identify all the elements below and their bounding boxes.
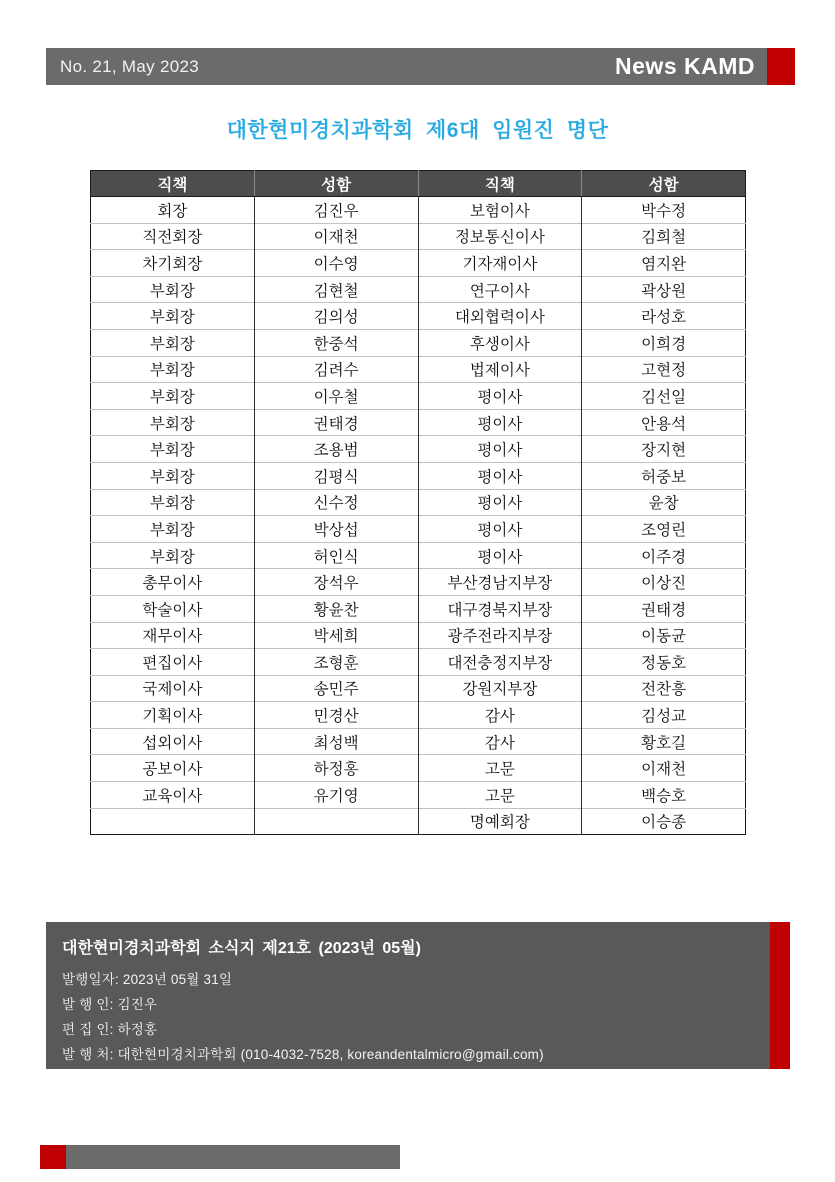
- table-cell: 평이사: [418, 516, 582, 543]
- imprint-line: 편 집 인: 하정홍: [62, 1017, 750, 1042]
- table-row: 국제이사송민주강원지부장전찬흥: [91, 675, 746, 702]
- table-cell: 섭외이사: [91, 728, 255, 755]
- table-row: 부회장김평식평이사허중보: [91, 462, 746, 489]
- table-cell: 국제이사: [91, 675, 255, 702]
- table-cell: 박세희: [254, 622, 418, 649]
- table-cell: 최성백: [254, 728, 418, 755]
- table-cell: 평이사: [418, 409, 582, 436]
- table-row: 부회장이우철평이사김선일: [91, 383, 746, 410]
- table-row: 차기회장이수영기자재이사염지완: [91, 250, 746, 277]
- table-cell: 조용범: [254, 436, 418, 463]
- table-cell: 명예회장: [418, 808, 582, 835]
- table-cell: 곽상원: [582, 276, 746, 303]
- table-cell: 조형훈: [254, 649, 418, 676]
- table-cell: 정보통신이사: [418, 223, 582, 250]
- table-cell: 부회장: [91, 276, 255, 303]
- table-cell: 평이사: [418, 462, 582, 489]
- table-row: 교육이사유기영고문백승호: [91, 782, 746, 809]
- table-cell: 부회장: [91, 383, 255, 410]
- table-cell: 이주경: [582, 542, 746, 569]
- header-red-accent: [767, 48, 795, 85]
- table-cell: 정동호: [582, 649, 746, 676]
- table-cell: 유기영: [254, 782, 418, 809]
- imprint-line: 발 행 처: 대한현미경치과학회 (010-4032-7528, koreand…: [62, 1042, 750, 1067]
- table-cell: 부산경남지부장: [418, 569, 582, 596]
- column-header: 성함: [582, 171, 746, 197]
- table-cell: 김희철: [582, 223, 746, 250]
- table-cell: 부회장: [91, 462, 255, 489]
- table-row: 섭외이사최성백감사황호길: [91, 728, 746, 755]
- table-cell: 백승호: [582, 782, 746, 809]
- table-cell: 이우철: [254, 383, 418, 410]
- table-cell: 이희경: [582, 329, 746, 356]
- table-cell: 부회장: [91, 303, 255, 330]
- table-cell: 기자재이사: [418, 250, 582, 277]
- table-cell: 이재천: [582, 755, 746, 782]
- table-cell: 부회장: [91, 409, 255, 436]
- table-cell: 권태경: [582, 595, 746, 622]
- bottom-red-accent: [40, 1145, 66, 1169]
- issue-label: No. 21, May 2023: [46, 57, 199, 77]
- table-cell: 장석우: [254, 569, 418, 596]
- table-row: 부회장김현철연구이사곽상원: [91, 276, 746, 303]
- table-row: 명예회장이승종: [91, 808, 746, 835]
- table-cell: 부회장: [91, 489, 255, 516]
- table-cell: 편집이사: [91, 649, 255, 676]
- table-header-row: 직책성함직책성함: [91, 171, 746, 197]
- table-cell: 대외협력이사: [418, 303, 582, 330]
- table-cell: 황윤찬: [254, 595, 418, 622]
- table-row: 편집이사조형훈대전충정지부장정동호: [91, 649, 746, 676]
- table-cell: [91, 808, 255, 835]
- table-cell: 법제이사: [418, 356, 582, 383]
- table-cell: 감사: [418, 702, 582, 729]
- table-cell: 송민주: [254, 675, 418, 702]
- imprint-lines: 발행일자: 2023년 05월 31일발 행 인: 김진우편 집 인: 하정홍발…: [62, 967, 750, 1067]
- table-cell: 평이사: [418, 489, 582, 516]
- table-row: 부회장허인식평이사이주경: [91, 542, 746, 569]
- table-cell: 안용석: [582, 409, 746, 436]
- table-cell: 공보이사: [91, 755, 255, 782]
- table-cell: 한중석: [254, 329, 418, 356]
- table-cell: 대구경북지부장: [418, 595, 582, 622]
- imprint-line: 발행일자: 2023년 05월 31일: [62, 967, 750, 992]
- table-row: 부회장김의성대외협력이사라성호: [91, 303, 746, 330]
- table-cell: 허인식: [254, 542, 418, 569]
- table-row: 총무이사장석우부산경남지부장이상진: [91, 569, 746, 596]
- table-row: 부회장신수정평이사윤창: [91, 489, 746, 516]
- table-cell: 교육이사: [91, 782, 255, 809]
- table-cell: 이승종: [582, 808, 746, 835]
- table-cell: 박수정: [582, 197, 746, 224]
- table-cell: 신수정: [254, 489, 418, 516]
- imprint-content: 대한현미경치과학회 소식지 제21호 (2023년 05월) 발행일자: 202…: [46, 922, 790, 1067]
- table-row: 회장김진우보험이사박수정: [91, 197, 746, 224]
- column-header: 직책: [91, 171, 255, 197]
- table-cell: 김려수: [254, 356, 418, 383]
- table-cell: 고문: [418, 755, 582, 782]
- imprint-title: 대한현미경치과학회 소식지 제21호 (2023년 05월): [62, 935, 750, 958]
- table-cell: 후생이사: [418, 329, 582, 356]
- table-cell: 이재천: [254, 223, 418, 250]
- imprint-red-strip: [770, 922, 790, 1069]
- table-cell: 연구이사: [418, 276, 582, 303]
- table-cell: 부회장: [91, 436, 255, 463]
- table-cell: 허중보: [582, 462, 746, 489]
- table-cell: 직전회장: [91, 223, 255, 250]
- table-cell: 민경산: [254, 702, 418, 729]
- table-cell: 고현정: [582, 356, 746, 383]
- table-cell: 염지완: [582, 250, 746, 277]
- table-cell: 총무이사: [91, 569, 255, 596]
- table-cell: 김진우: [254, 197, 418, 224]
- column-header: 직책: [418, 171, 582, 197]
- table-cell: 황호길: [582, 728, 746, 755]
- table-cell: 장지현: [582, 436, 746, 463]
- table-cell: 회장: [91, 197, 255, 224]
- table-cell: 부회장: [91, 329, 255, 356]
- table-cell: 이동균: [582, 622, 746, 649]
- table-cell: 부회장: [91, 542, 255, 569]
- table-cell: 김선일: [582, 383, 746, 410]
- table-row: 학술이사황윤찬대구경북지부장권태경: [91, 595, 746, 622]
- table-row: 직전회장이재천정보통신이사김희철: [91, 223, 746, 250]
- table-row: 부회장권태경평이사안용석: [91, 409, 746, 436]
- column-header: 성함: [254, 171, 418, 197]
- table-cell: 기획이사: [91, 702, 255, 729]
- table-cell: 김의성: [254, 303, 418, 330]
- table-cell: 라성호: [582, 303, 746, 330]
- table-row: 부회장박상섭평이사조영린: [91, 516, 746, 543]
- table-cell: 대전충정지부장: [418, 649, 582, 676]
- bottom-gray-bar: [66, 1145, 400, 1169]
- table-cell: 부회장: [91, 356, 255, 383]
- officer-roster-table: 직책성함직책성함 회장김진우보험이사박수정직전회장이재천정보통신이사김희철차기회…: [90, 170, 746, 835]
- table-cell: 김현철: [254, 276, 418, 303]
- table-cell: 보험이사: [418, 197, 582, 224]
- table-cell: 김평식: [254, 462, 418, 489]
- table-cell: 학술이사: [91, 595, 255, 622]
- table-cell: 윤창: [582, 489, 746, 516]
- table-row: 부회장김려수법제이사고현정: [91, 356, 746, 383]
- table-cell: 권태경: [254, 409, 418, 436]
- table-cell: 평이사: [418, 542, 582, 569]
- table-cell: 평이사: [418, 436, 582, 463]
- table-cell: 박상섭: [254, 516, 418, 543]
- table-cell: 전찬흥: [582, 675, 746, 702]
- table-cell: 이수영: [254, 250, 418, 277]
- table-cell: 평이사: [418, 383, 582, 410]
- table-cell: 강원지부장: [418, 675, 582, 702]
- table-cell: 재무이사: [91, 622, 255, 649]
- table-cell: 고문: [418, 782, 582, 809]
- newsletter-brand: News KAMD: [615, 53, 767, 80]
- page-title: 대한현미경치과학회 제6대 임원진 명단: [0, 114, 835, 144]
- table-row: 부회장조용범평이사장지현: [91, 436, 746, 463]
- table-cell: 하정홍: [254, 755, 418, 782]
- officer-table-head: 직책성함직책성함: [91, 171, 746, 197]
- imprint-box: 대한현미경치과학회 소식지 제21호 (2023년 05월) 발행일자: 202…: [46, 922, 790, 1069]
- table-cell: 차기회장: [91, 250, 255, 277]
- newsletter-header-bar: No. 21, May 2023 News KAMD: [46, 48, 795, 85]
- table-cell: 조영린: [582, 516, 746, 543]
- table-row: 기획이사민경산감사김성교: [91, 702, 746, 729]
- table-row: 공보이사하정홍고문이재천: [91, 755, 746, 782]
- table-cell: 이상진: [582, 569, 746, 596]
- table-cell: 부회장: [91, 516, 255, 543]
- table-row: 재무이사박세희광주전라지부장이동균: [91, 622, 746, 649]
- table-cell: 광주전라지부장: [418, 622, 582, 649]
- imprint-line: 발 행 인: 김진우: [62, 992, 750, 1017]
- table-cell: 감사: [418, 728, 582, 755]
- table-cell: [254, 808, 418, 835]
- officer-table-body: 회장김진우보험이사박수정직전회장이재천정보통신이사김희철차기회장이수영기자재이사…: [91, 197, 746, 835]
- bottom-decoration-bar: [40, 1145, 400, 1169]
- table-cell: 김성교: [582, 702, 746, 729]
- table-row: 부회장한중석후생이사이희경: [91, 329, 746, 356]
